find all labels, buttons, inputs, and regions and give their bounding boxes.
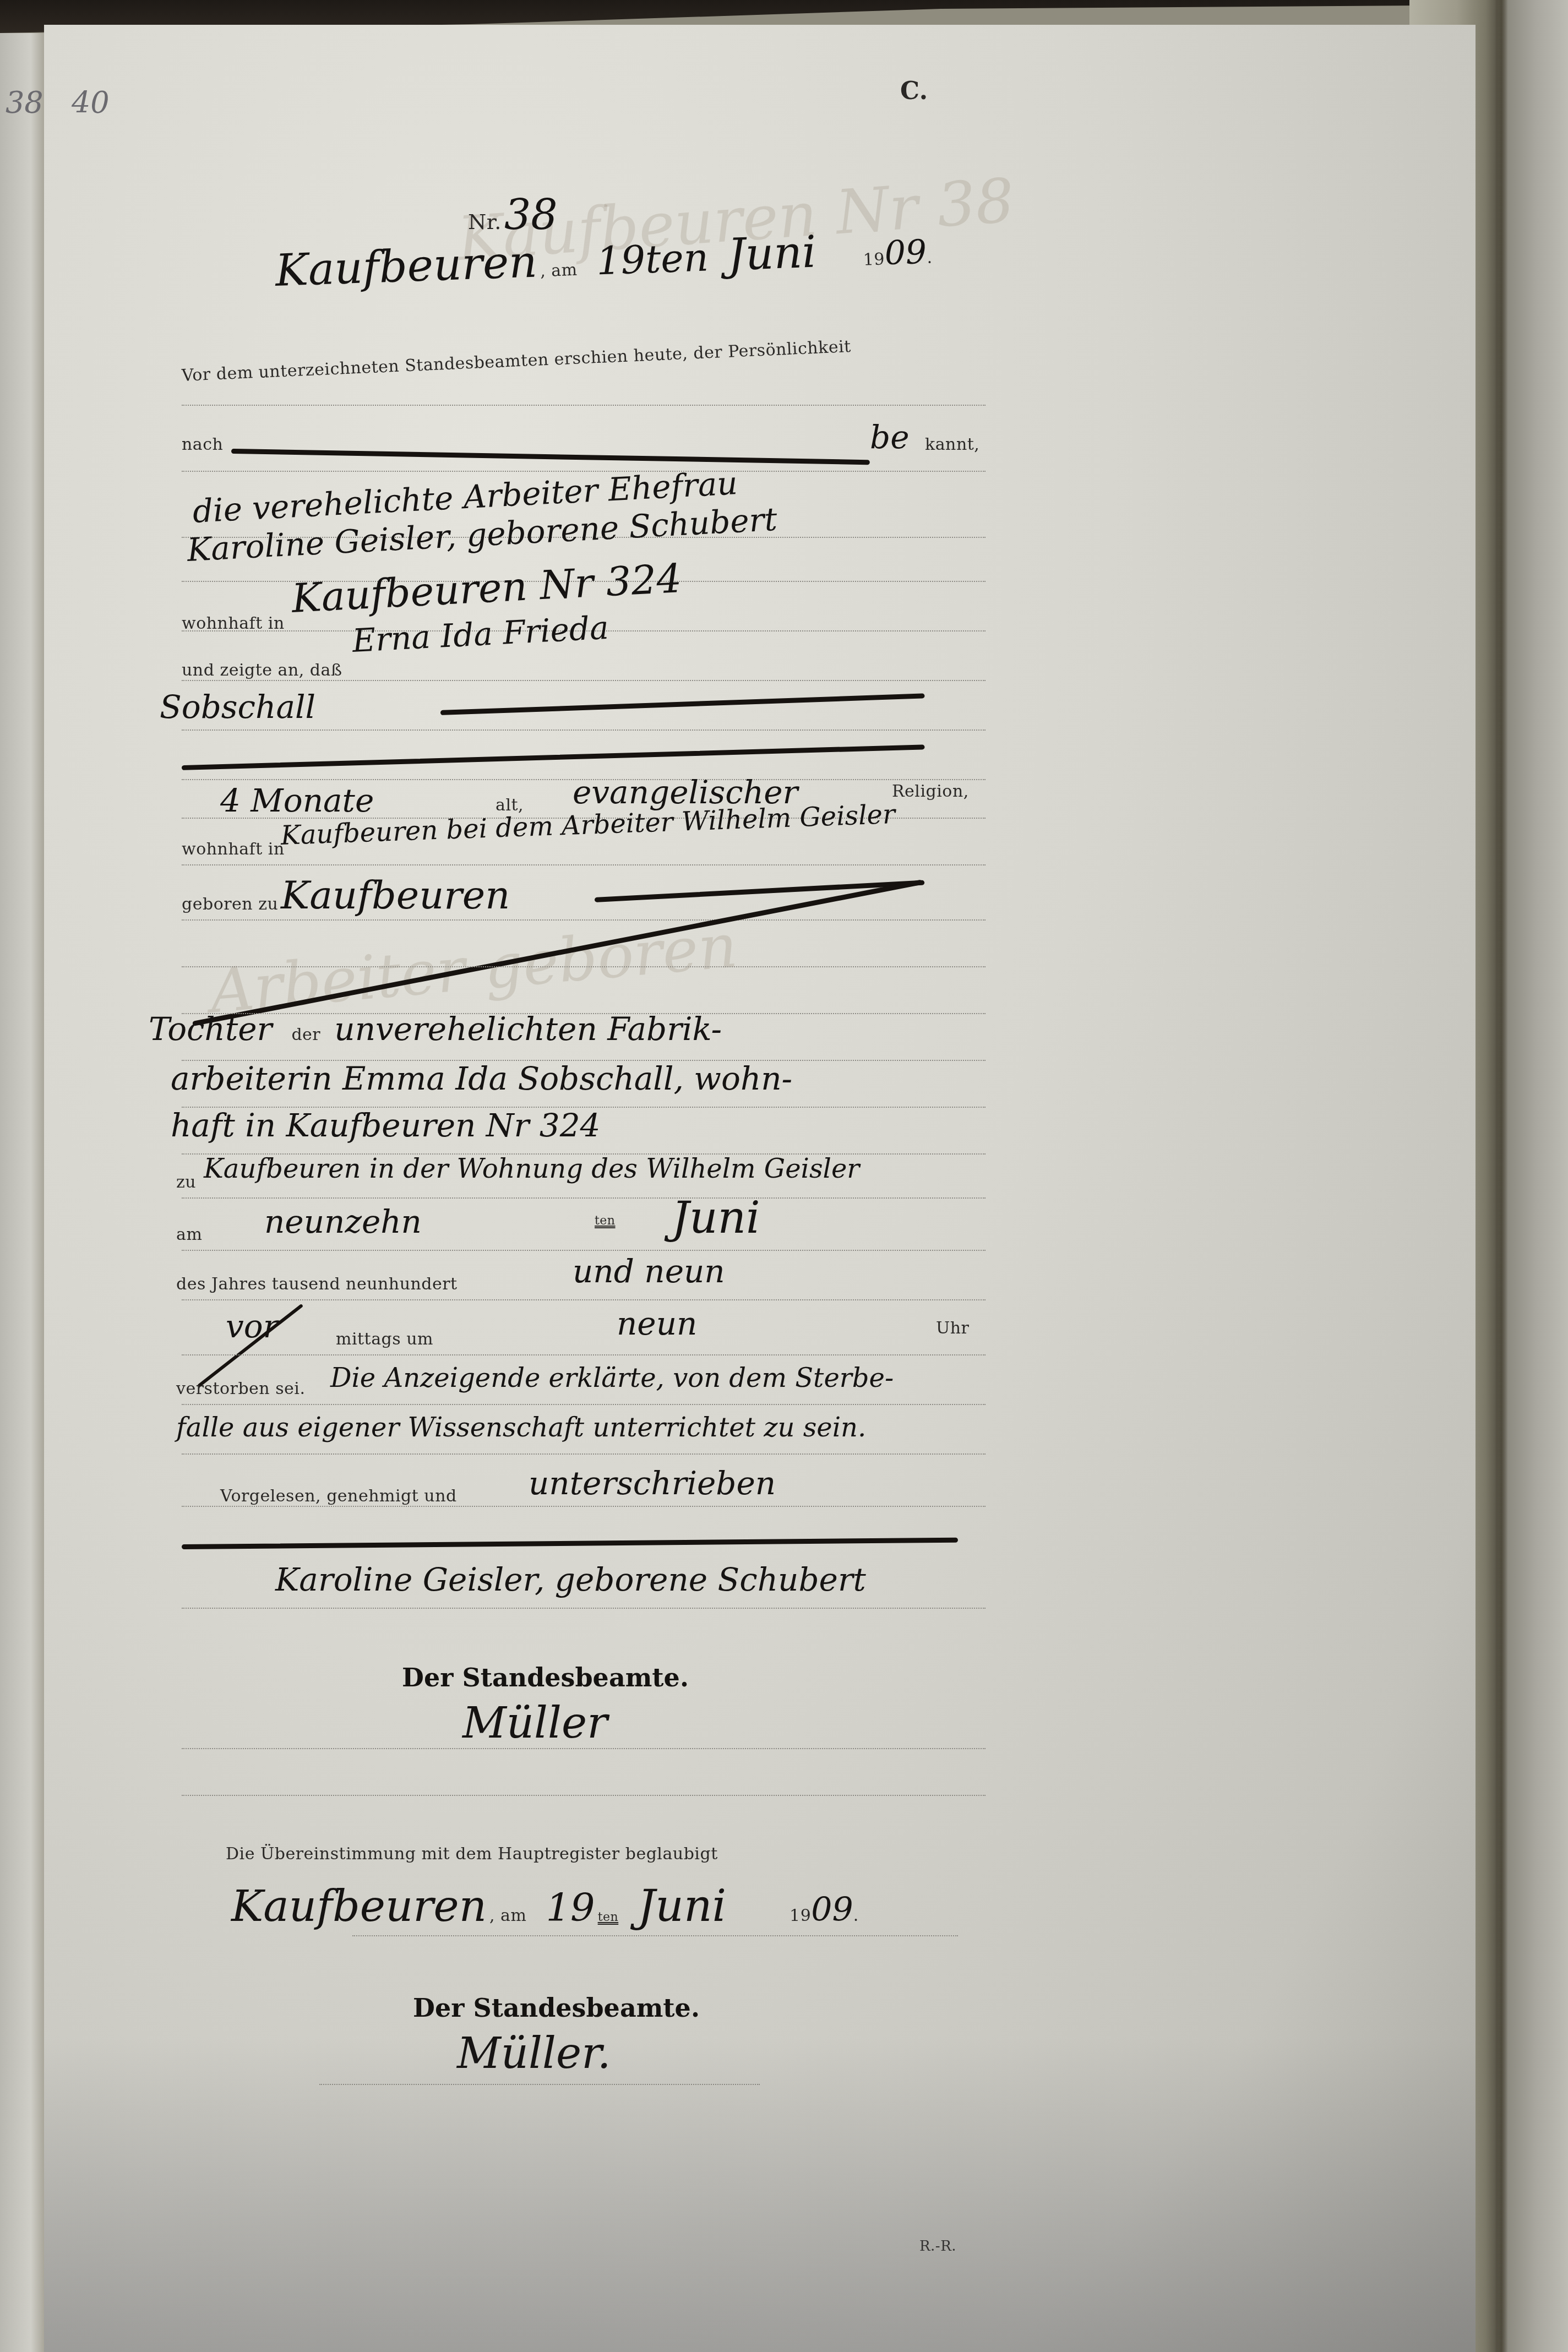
nr-value: 38 bbox=[504, 190, 558, 239]
register-page: Kaufbeuren Nr 38 Arbeiter geboren 38 40 … bbox=[44, 25, 1476, 2352]
religion-label: Religion, bbox=[892, 782, 969, 801]
ruled-line bbox=[352, 1935, 958, 1936]
header-year-suffix: 09 bbox=[884, 233, 928, 273]
vor-value: vor bbox=[226, 1308, 278, 1345]
tochter-value: Tochter bbox=[149, 1010, 272, 1048]
ruled-line bbox=[182, 1748, 986, 1749]
header-year-period: . bbox=[927, 248, 933, 267]
ruled-line bbox=[182, 1197, 986, 1199]
parents-line-1: Tochter der unverehelichten Fabrik- bbox=[149, 1010, 722, 1048]
ruled-line bbox=[182, 680, 986, 681]
ruled-line bbox=[182, 864, 986, 865]
strike-line bbox=[182, 1538, 958, 1549]
verstorben-label: verstorben sei. bbox=[176, 1379, 306, 1398]
certification-year-suffix: 09 bbox=[811, 1891, 853, 1929]
strike-line bbox=[182, 744, 925, 770]
vorgelesen-label: Vorgelesen, genehmigt und bbox=[220, 1487, 457, 1506]
ruled-line bbox=[182, 1250, 986, 1251]
strike-line bbox=[440, 693, 925, 715]
ruled-line bbox=[182, 919, 986, 921]
registrar-title: Der Standesbeamte. bbox=[402, 1663, 689, 1692]
printer-mark: R.-R. bbox=[919, 2238, 956, 2255]
intro-text: Vor dem unterzeichneten Standesbeamten e… bbox=[181, 337, 851, 385]
header-month: Juni bbox=[727, 226, 817, 281]
certification-day: 19 bbox=[546, 1885, 595, 1930]
bekannt-label: kannt, bbox=[925, 435, 979, 454]
entry-number: Nr. 38 bbox=[468, 190, 558, 239]
header-place: Kaufbeuren bbox=[274, 236, 538, 296]
vorgelesen-value: unterschrieben bbox=[529, 1464, 776, 1502]
ruled-line bbox=[182, 1354, 986, 1355]
certification-year-prefix: 19 bbox=[790, 1906, 811, 1925]
death-year-words: und neun bbox=[573, 1253, 725, 1290]
wohnhaft-value-1: Kaufbeuren Nr 324 bbox=[291, 555, 683, 622]
ruled-line bbox=[182, 1453, 986, 1455]
certification-date-line: Kaufbeuren , am 19 ten Juni 1909. bbox=[231, 1880, 859, 1931]
header-year-prefix: 19 bbox=[863, 249, 885, 269]
wohnhaft-label-2: wohnhaft in bbox=[182, 840, 285, 859]
death-hour: neun bbox=[617, 1305, 697, 1342]
previous-page-edge bbox=[0, 33, 46, 2352]
nach-value: be bbox=[870, 418, 909, 456]
uhr-label: Uhr bbox=[936, 1319, 969, 1338]
mittags-label: mittags um bbox=[336, 1330, 433, 1349]
header-date-line: Kaufbeuren , am 19ten Juni 1909. bbox=[274, 222, 933, 296]
pencil-left-number: 38 bbox=[6, 85, 43, 120]
am-label: am bbox=[176, 1225, 202, 1244]
geboren-label: geboren zu bbox=[182, 895, 278, 914]
ruled-line bbox=[182, 1299, 986, 1300]
zu-label: zu bbox=[176, 1173, 196, 1192]
strike-line bbox=[231, 449, 870, 465]
parents-line-1-value: unverehelichten Fabrik- bbox=[334, 1010, 722, 1048]
informant-signature: Karoline Geisler, geborene Schubert bbox=[275, 1561, 866, 1598]
death-place: Kaufbeuren in der Wohnung des Wilhelm Ge… bbox=[204, 1153, 859, 1184]
header-am-label: , am bbox=[540, 260, 578, 281]
nach-label: nach bbox=[182, 435, 223, 454]
ruled-line bbox=[182, 1795, 986, 1796]
ten-label: ten bbox=[595, 1214, 616, 1228]
registrar-signature: Müller bbox=[462, 1698, 607, 1748]
ruled-line bbox=[182, 1608, 986, 1609]
certification-year-period: . bbox=[853, 1906, 859, 1925]
parents-line-2: arbeiterin Emma Ida Sobschall, wohn- bbox=[171, 1060, 792, 1097]
certification-month: Juni bbox=[638, 1880, 726, 1931]
ruled-line bbox=[182, 405, 986, 406]
ruled-line bbox=[182, 1506, 986, 1507]
parents-line-3: haft in Kaufbeuren Nr 324 bbox=[171, 1107, 600, 1144]
zeigte-label: und zeigte an, daß bbox=[182, 661, 342, 680]
der-label: der bbox=[291, 1025, 320, 1044]
ruled-line bbox=[182, 1404, 986, 1405]
remark-line-1: Die Anzeigende erklärte, von dem Sterbe- bbox=[330, 1363, 894, 1393]
death-day: neunzehn bbox=[264, 1203, 422, 1240]
ruled-line bbox=[182, 966, 986, 967]
death-month: Juni bbox=[672, 1192, 760, 1243]
binding-fold bbox=[1495, 0, 1508, 2352]
remark-line-2: falle aus eigener Wissenschaft unterrich… bbox=[176, 1412, 866, 1443]
age-value: 4 Monate bbox=[220, 782, 374, 819]
geboren-value: Kaufbeuren bbox=[281, 873, 510, 918]
certification-am-label: , am bbox=[489, 1906, 526, 1925]
certification-ten-label: ten bbox=[598, 1910, 619, 1924]
nr-label: Nr. bbox=[468, 210, 502, 234]
certification-place: Kaufbeuren bbox=[231, 1882, 487, 1931]
ruled-line bbox=[182, 729, 986, 731]
header-day: 19ten bbox=[596, 235, 709, 284]
form-letter: C. bbox=[900, 77, 928, 105]
deceased-line-2: Sobschall bbox=[160, 688, 315, 726]
certification-registrar-title: Der Standesbeamte. bbox=[413, 1993, 700, 2023]
pencil-page-number: 40 bbox=[72, 85, 110, 120]
jahres-label: des Jahres tausend neunhundert bbox=[176, 1275, 458, 1294]
certification-text: Die Übereinstimmung mit dem Hauptregiste… bbox=[226, 1844, 718, 1864]
ruled-line bbox=[319, 2084, 760, 2085]
ruled-line bbox=[182, 471, 986, 472]
certification-registrar-signature: Müller. bbox=[457, 2029, 611, 2078]
